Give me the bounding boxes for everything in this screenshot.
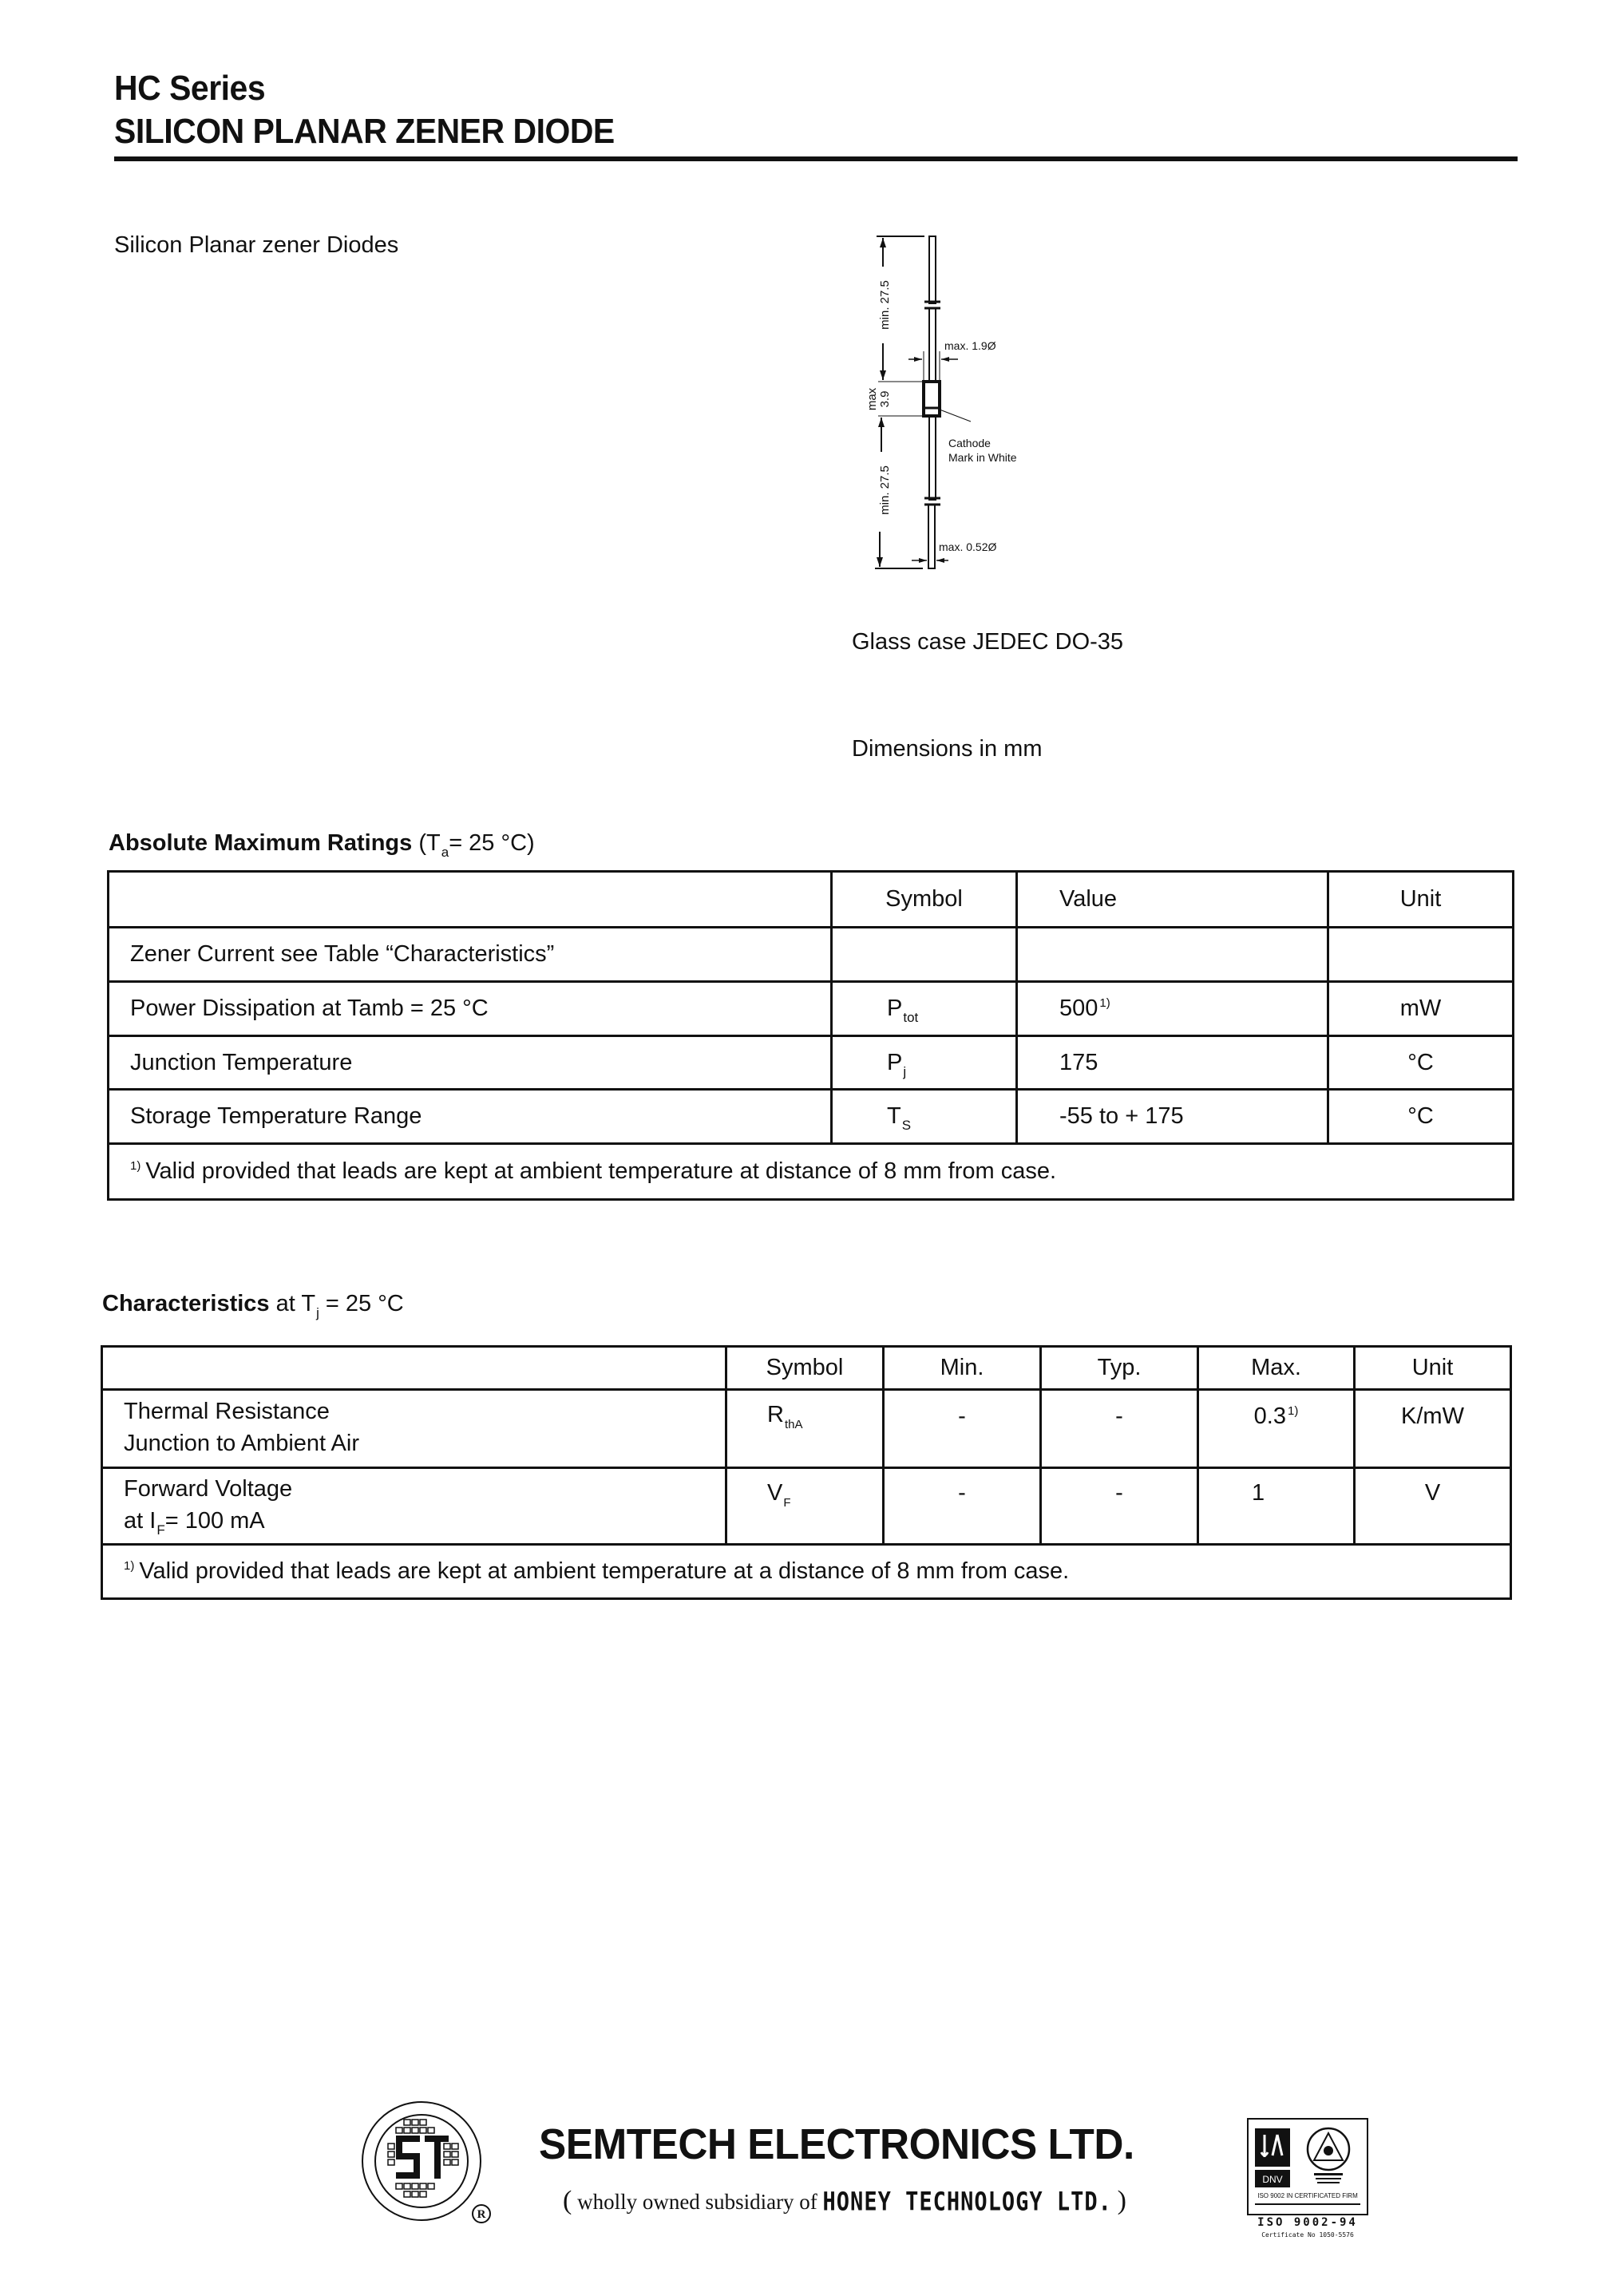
param-header [109, 872, 832, 928]
table-row: Zener Current see Table “Characteristics… [109, 928, 1514, 982]
symbol-header: Symbol [832, 872, 1017, 928]
table-row: Forward Voltageat IF= 100 mA VF - - 1 V [102, 1468, 1511, 1545]
typ-header: Typ. [1041, 1347, 1198, 1390]
company-name: SEMTECH ELECTRONICS LTD. [539, 2120, 1134, 2169]
body-diameter-label: max. 1.9Ø [944, 339, 996, 352]
intro-text: Silicon Planar zener Diodes [114, 232, 398, 259]
table-row: Junction Temperature Pj 175 °C [109, 1036, 1514, 1090]
unit-header: Unit [1355, 1347, 1511, 1390]
footnote: 1)Valid provided that leads are kept at … [109, 1144, 1514, 1200]
package-caption: Glass case JEDEC DO-35 [852, 629, 1123, 655]
lead-diameter-label: max. 0.52Ø [939, 540, 996, 553]
iso-certification-badge-icon: DNV ISO 9002 IN CERTIFICATED FIRM ISO 90… [1247, 2116, 1375, 2243]
svg-text:Certificate No 1050-5576: Certificate No 1050-5576 [1261, 2231, 1354, 2239]
footnote-row: 1)Valid provided that leads are kept at … [109, 1144, 1514, 1200]
param-header [102, 1347, 726, 1390]
max-header: Max. [1198, 1347, 1355, 1390]
absolute-max-ratings-title: Absolute Maximum Ratings (Ta= 25 °C) [109, 830, 535, 857]
series-title: HC Series [114, 69, 265, 109]
symbol-header: Symbol [726, 1347, 884, 1390]
title-rule-divider [114, 156, 1518, 161]
table-row: Thermal ResistanceJunction to Ambient Ai… [102, 1390, 1511, 1468]
bottom-lead-length-label: min. 27.5 [878, 465, 892, 515]
svg-text:ISO 9002 IN CERTIFICATED FIRM: ISO 9002 IN CERTIFICATED FIRM [1257, 2192, 1358, 2199]
table-row: Storage Temperature Range TS -55 to + 17… [109, 1090, 1514, 1144]
absolute-max-ratings-table: Symbol Value Unit Zener Current see Tabl… [107, 870, 1514, 1201]
cathode-mark-label: Mark in White [948, 451, 1017, 464]
table-header-row: Symbol Min. Typ. Max. Unit [102, 1347, 1511, 1390]
svg-text:DNV: DNV [1262, 2174, 1282, 2185]
value-header: Value [1017, 872, 1328, 928]
table-row: Power Dissipation at Tamb = 25 °C Ptot 5… [109, 982, 1514, 1036]
do35-package-drawing: min. 27.5 min. 27.5 max 3.9 max. 1.9Ø Ca… [830, 216, 1086, 575]
page-title: SILICON PLANAR ZENER DIODE [114, 112, 615, 152]
characteristics-table: Symbol Min. Typ. Max. Unit Thermal Resis… [101, 1345, 1512, 1600]
footnote: 1)Valid provided that leads are kept at … [102, 1545, 1511, 1599]
svg-text:ISO 9002-94: ISO 9002-94 [1257, 2216, 1358, 2229]
table-header-row: Symbol Value Unit [109, 872, 1514, 928]
body-length-max-label: max [865, 387, 879, 410]
registered-trademark-icon: R [471, 2203, 492, 2224]
svg-text:R: R [477, 2208, 486, 2221]
min-header: Min. [884, 1347, 1041, 1390]
footnote-row: 1)Valid provided that leads are kept at … [102, 1545, 1511, 1599]
cathode-label: Cathode [948, 437, 991, 449]
top-lead-length-label: min. 27.5 [878, 280, 892, 330]
parent-company: HONEY TECHNOLOGY LTD. [823, 2187, 1112, 2217]
subsidiary-line: ( wholly owned subsidiary of HONEY TECHN… [563, 2186, 1126, 2216]
unit-header: Unit [1328, 872, 1514, 928]
characteristics-title: Characteristics at Tj = 25 °C [102, 1291, 404, 1317]
dimensions-caption: Dimensions in mm [852, 736, 1043, 762]
body-length-value: 3.9 [878, 391, 892, 408]
